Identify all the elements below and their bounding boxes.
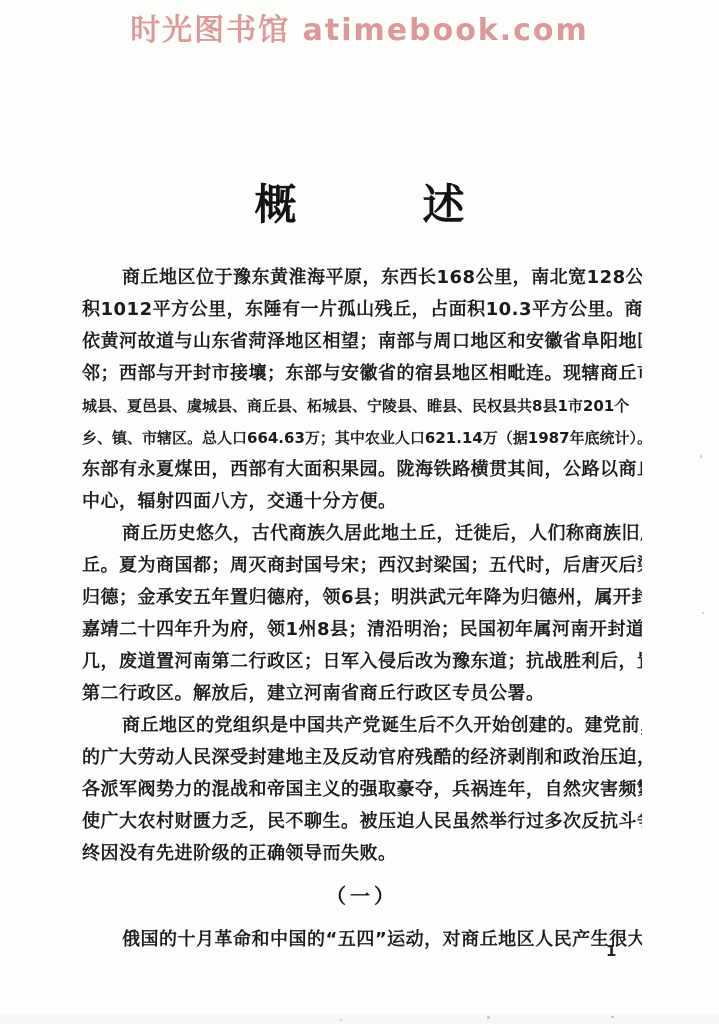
text-line: 积1012平方公里，东陲有一片孤山残丘，占面积10.3平方公里。商丘地区北 [82, 294, 642, 326]
body-text: 商丘地区位于豫东黄淮海平原，东西长168公里，南北宽128公里，总面 积1012… [82, 262, 642, 956]
page-number: 1 [606, 942, 616, 960]
text-line: 使广大农村财匮力乏，民不聊生。被压迫人民虽然举行过多次反抗斗争，但 [82, 806, 642, 838]
scan-speck [700, 455, 702, 458]
text-line: 中心，辐射四面八方，交通十分方便。 [82, 486, 642, 518]
scan-speck [611, 1016, 614, 1018]
paragraph-4: 俄国的十月革命和中国的“五四”运动，对商丘地区人民产生很大影 [82, 924, 642, 956]
text-line: 的广大劳动人民深受封建地主及反动官府残酷的经济剥削和政治压迫，加之 [82, 742, 642, 774]
scan-speck [487, 1016, 490, 1019]
text-line: 依黄河故道与山东省菏泽地区相望；南部与周口地区和安徽省阜阳地区为 [82, 326, 642, 358]
text-line: 丘。夏为商国都；周灭商封国号宋；西汉封梁国；五代时，后唐灭后梁改称 [82, 550, 642, 582]
paragraph-3: 商丘地区的党组织是中国共产党诞生后不久开始创建的。建党前，这里 的广大劳动人民深… [82, 710, 642, 870]
scan-speck [702, 612, 704, 614]
scan-speck [340, 1019, 342, 1021]
text-line: 城县、夏邑县、虞城县、商丘县、柘城县、宁陵县、睢县、民权县共8县1市201个 [82, 390, 642, 422]
text-line: 俄国的十月革命和中国的“五四”运动，对商丘地区人民产生很大影 [82, 924, 642, 956]
text-line: 归德；金承安五年置归德府，领6县；明洪武元年降为归德州，属开封府； [82, 582, 642, 614]
text-line: 乡、镇、市辖区。总人口664.63万；其中农业人口621.14万（据1987年底… [82, 422, 642, 454]
book-page: 时光图书馆 atimebook.com 概 述 商丘地区位于豫东黄淮海平原，东西… [0, 0, 719, 1024]
text-line: 终因没有先进阶级的正确领导而失败。 [82, 838, 642, 870]
text-line: 商丘地区位于豫东黄淮海平原，东西长168公里，南北宽128公里，总面 [82, 262, 642, 294]
text-line: 各派军阀势力的混战和帝国主义的强取豪夺，兵祸连年，自然灾害频繁，致 [82, 774, 642, 806]
text-line: 商丘地区的党组织是中国共产党诞生后不久开始创建的。建党前，这里 [82, 710, 642, 742]
text-line: 几，废道置河南第二行政区；日军入侵后改为豫东道；抗战胜利后，置河南 [82, 646, 642, 678]
text-line: 东部有永夏煤田，西部有大面积果园。陇海铁路横贯其间，公路以商丘市为 [82, 454, 642, 486]
paragraph-2: 商丘历史悠久，古代商族久居此地土丘，迁徙后，人们称商族旧居为商 丘。夏为商国都；… [82, 518, 642, 710]
text-line: 邻；西部与开封市接壤；东部与安徽省的宿县地区相毗连。现辖商丘市、永 [82, 358, 642, 390]
page-title: 概 述 [0, 172, 719, 232]
text-line: 商丘历史悠久，古代商族久居此地土丘，迁徙后，人们称商族旧居为商 [82, 518, 642, 550]
paragraph-1: 商丘地区位于豫东黄淮海平原，东西长168公里，南北宽128公里，总面 积1012… [82, 262, 642, 518]
text-line: 第二行政区。解放后，建立河南省商丘行政区专员公署。 [82, 678, 642, 710]
section-marker: （一） [82, 880, 642, 912]
text-line: 嘉靖二十四年升为府，领1州8县；清沿明治；民国初年属河南开封道，未 [82, 614, 642, 646]
watermark-text: 时光图书馆 atimebook.com [0, 5, 719, 49]
